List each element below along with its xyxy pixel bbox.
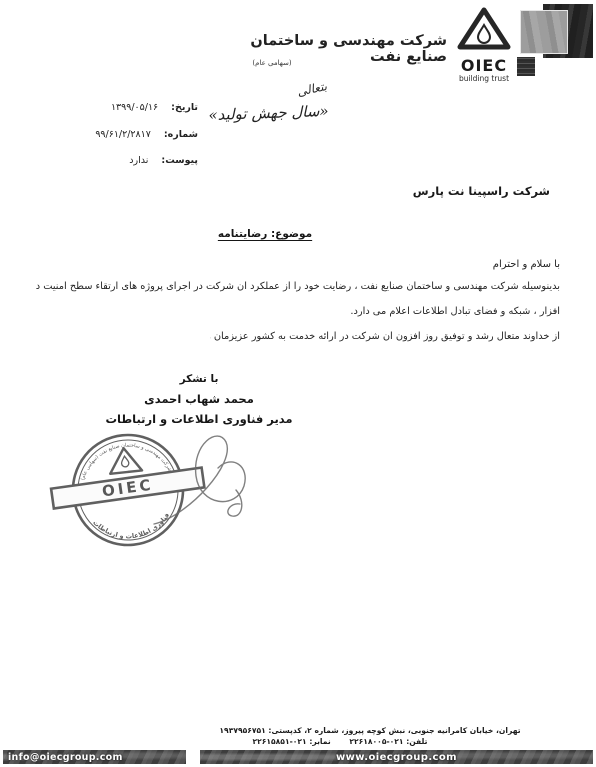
company-type: (سهامی عام) (243, 59, 301, 67)
salutation: با سلام و احترام (426, 259, 560, 270)
website-url: www.oiecgroup.com (336, 752, 457, 763)
logo-tagline: building trust (451, 75, 517, 83)
phone-number: ۰۲۱-۲۲۶۱۸۰۰۵ (349, 737, 403, 746)
date-field: تاریخ: ۱۳۹۹/۰۵/۱۶ (40, 102, 198, 113)
date-value: ۱۳۹۹/۰۵/۱۶ (111, 102, 158, 113)
body-line-2: افزار ، شبکه و فضای تبادل اطلاعات اعلام … (290, 306, 560, 317)
recipient-name: شرکت راسپینا نت پارس (388, 184, 550, 198)
signature-block: با تشکر محمد شهاب احمدی مدیر فناوری اطلا… (92, 374, 306, 426)
signatory-title: مدیر فناوری اطلاعات و ارتباطات (92, 414, 306, 426)
scanned-letter-page: OIEC building trust شرکت مهندسی و ساختما… (0, 0, 596, 767)
year-slogan-calligraphy: «سال جهش تولید» (196, 101, 342, 124)
footer-phones: تلفن: ۰۲۱-۲۲۶۱۸۰۰۵ نمابر: ۰۲۱-۲۲۶۱۵۸۵۱ (225, 737, 455, 746)
email-address: info@oiecgroup.com (3, 752, 123, 763)
handwritten-signature (140, 428, 270, 538)
number-value: ۹۹/۶۱/۲/۲۸۱۷ (95, 129, 151, 140)
attachment-field: پیوست: ندارد (40, 155, 198, 166)
website-bar: www.oiecgroup.com (200, 750, 593, 764)
signature-thanks: با تشکر (92, 374, 306, 385)
fax-number: ۰۲۱-۲۲۶۱۵۸۵۱ (253, 737, 307, 746)
closing-line: از خداوند متعال رشد و توفیق روز افزون آن… (210, 331, 560, 342)
fax-label: نمابر: (309, 737, 330, 746)
bismillah-calligraphy: بتعالی (281, 76, 343, 102)
phone-pair: تلفن: ۰۲۱-۲۲۶۱۸۰۰۵ (349, 737, 427, 746)
phone-label: تلفن: (406, 737, 427, 746)
signatory-name: محمد شهاب احمدی (92, 394, 306, 406)
fax-pair: نمابر: ۰۲۱-۲۲۶۱۵۸۵۱ (253, 737, 331, 746)
email-bar: info@oiecgroup.com (3, 750, 186, 764)
attachment-label: پیوست: (161, 155, 198, 166)
logo-acronym: OIEC (451, 58, 517, 74)
subject-line: موضوع: رضایتنامه (186, 228, 344, 240)
date-label: تاریخ: (171, 102, 198, 113)
oiec-triangle-drop-icon (455, 6, 513, 52)
scan-artifact-chip (517, 57, 535, 76)
body-line-1: بدینوسیله شرکت مهندسی و ساختمان صنایع نف… (36, 281, 560, 292)
company-logo-block: OIEC building trust (451, 6, 517, 83)
scan-artifact-gray-square (521, 11, 567, 53)
attachment-value: ندارد (129, 155, 148, 166)
number-label: شماره: (164, 129, 198, 140)
footer-address: تهران، خیابان کامرانیه جنوبی، نبش کوچه پ… (205, 726, 535, 735)
number-field: شماره: ۹۹/۶۱/۲/۲۸۱۷ (40, 129, 198, 140)
